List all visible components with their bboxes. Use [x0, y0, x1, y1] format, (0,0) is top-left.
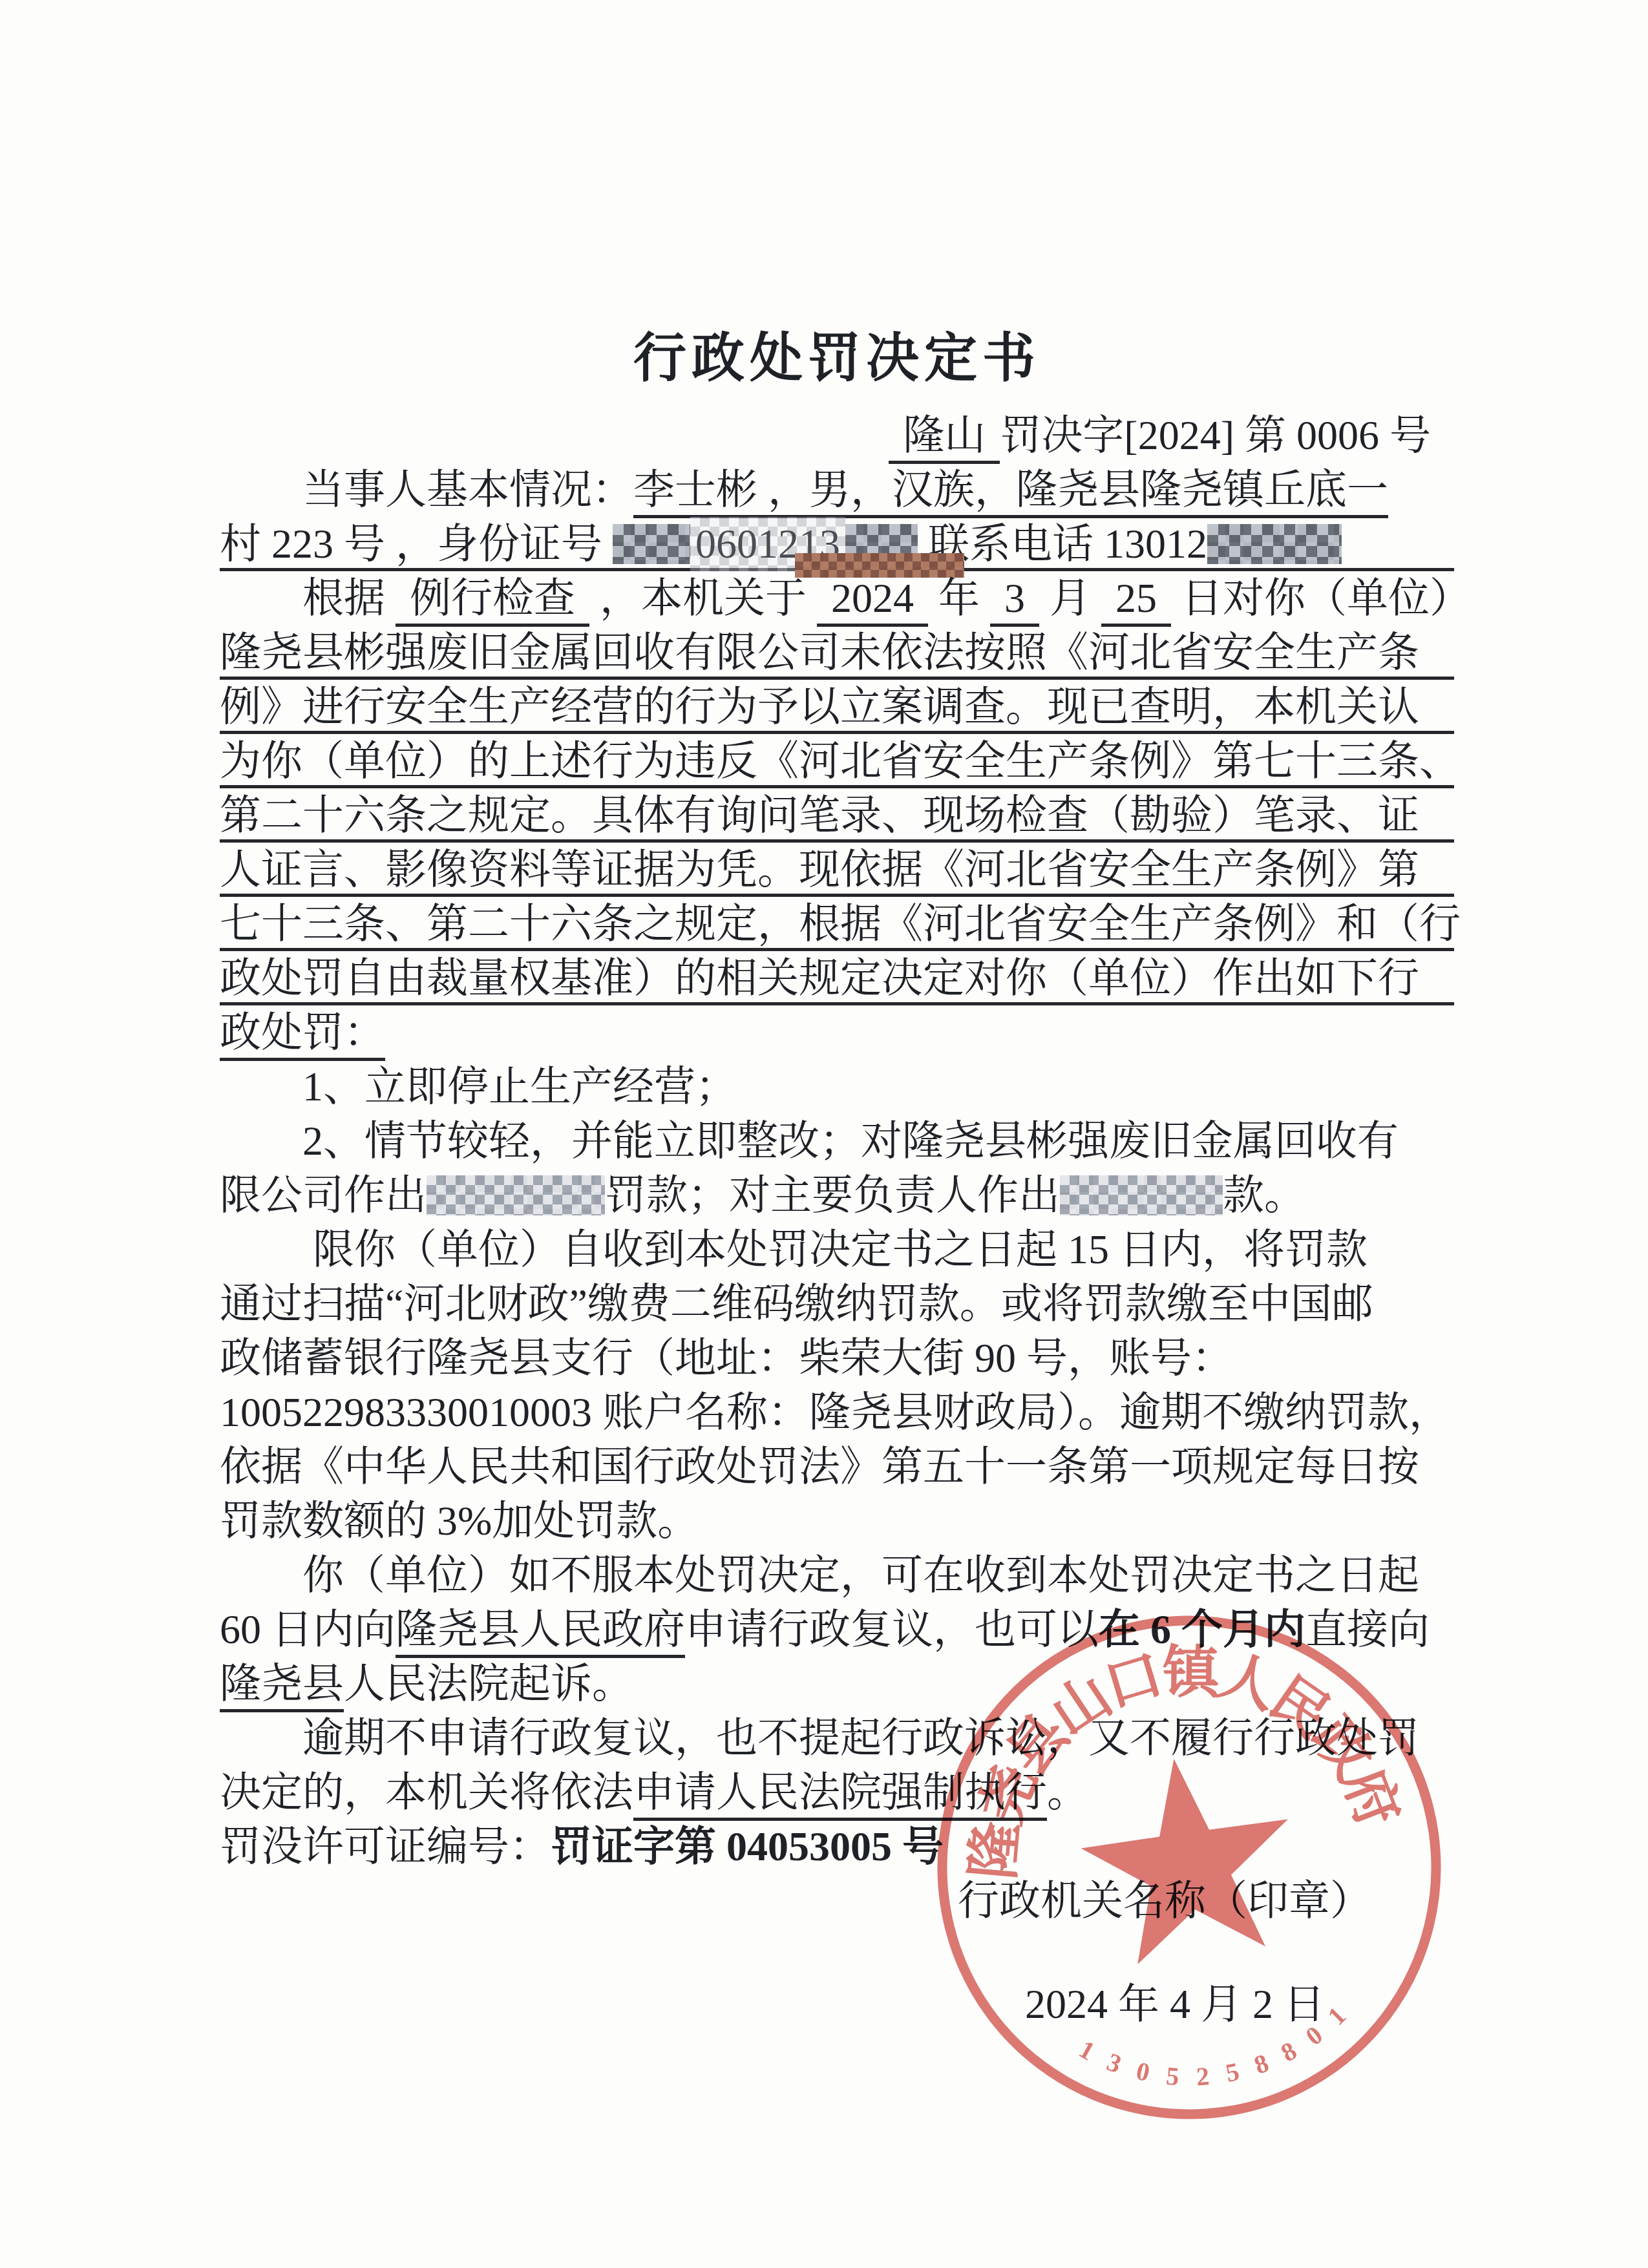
appeal-mid: 申请行政复议，也可以 [685, 1606, 1099, 1652]
party-info-line-2: 村 223 号 ，身份证号 0601213 联系电话 13012 [220, 517, 1454, 571]
court-county-underlined: 隆尧县 [220, 1661, 344, 1712]
body-line: 七十三条、第二十六条之规定，根据《河北省安全生产条例》和（行 [220, 897, 1454, 951]
penalty-item-1: 1、立即停止生产经营； [220, 1060, 1454, 1114]
appeal-prefix: 60 日内向 [220, 1606, 396, 1652]
day-underlined: 25 [1101, 575, 1171, 627]
document-title: 行政处罚决定书 [220, 323, 1454, 408]
enforcement-prefix: 决定的，本机关将依法 [220, 1769, 633, 1815]
body-line: 政处罚自由裁量权基准）的相关规定决定对你（单位）作出如下行 [220, 951, 1454, 1005]
svg-text:0: 0 [1134, 2056, 1154, 2088]
svg-text:2: 2 [1195, 2061, 1211, 2091]
person-fine-prefix: 罚款；对主要负责人作出 [605, 1172, 1060, 1218]
body-line: 隆尧县彬强废旧金属回收有限公司未依法按照《河北省安全生产条 [220, 625, 1454, 680]
id-number-mosaic [613, 524, 690, 564]
basis-suffix: 日对你（单位） [1171, 575, 1471, 621]
body-line: 第二十六条之规定。具体有询问笔录、现场检查（勘验）笔录、证 [220, 788, 1454, 843]
docno-number: 罚决字[2024] 第 0006 号 [1000, 412, 1431, 458]
fine-suffix: 款。 [1223, 1172, 1305, 1218]
phone-mosaic [1207, 524, 1342, 564]
appeal-line: 你（单位）如不服本处罚决定，可在收到本处罚决定书之日起 [220, 1548, 1454, 1602]
court-line: 隆尧县人民法院起诉。 [220, 1657, 1454, 1711]
enforcement-line: 逾期不申请行政复议，也不提起行政诉讼，又不履行行政处罚 [220, 1711, 1454, 1765]
document-page: 行政处罚决定书 隆山罚决字[2024] 第 0006 号 当事人基本情况：李士彬… [0, 0, 1648, 2268]
appeal-line: 60 日内向隆尧县人民政府申请行政复议，也可以在 6 个月内直接向 [220, 1602, 1454, 1657]
basis-prefix: 根据 [220, 575, 396, 621]
appeal-suffix: 直接向 [1305, 1606, 1430, 1652]
body-line: 政处罚： [220, 1005, 1454, 1060]
party-info-line-1: 当事人基本情况：李士彬 ，男，汉族，隆尧县隆尧镇丘底一 [220, 463, 1454, 517]
payment-line: 限你（单位）自收到本处罚决定书之日起 15 日内，将罚款 [220, 1223, 1454, 1277]
document-number-line: 隆山罚决字[2024] 第 0006 号 [220, 408, 1454, 463]
six-month-bold: 在 6 个月内 [1099, 1606, 1305, 1652]
address-id-label: 村 223 号 ，身份证号 [220, 521, 613, 567]
spacer [220, 1928, 1454, 1977]
penalty-heading-underlined: 政处罚： [220, 1009, 385, 1061]
body-line: 为你（单位）的上述行为违反《河北省安全生产条例》第七十三条、 [220, 734, 1454, 788]
company-fine-mosaic [427, 1175, 605, 1215]
svg-text:8: 8 [1250, 2048, 1273, 2080]
penalty-item-2: 2、情节较轻，并能立即整改；对隆尧县彬强废旧金属回收有 [220, 1114, 1454, 1168]
docno-issuer-underlined: 隆山 [889, 412, 1000, 464]
bank-account-line: 100522983330010003 账户名称：隆尧县财政局）。逾期不缴纳罚款， [220, 1385, 1454, 1440]
court-suffix: 人民法院起诉。 [344, 1661, 633, 1706]
agency-signature-line: 行政机关名称（印章） [220, 1874, 1454, 1928]
late-penalty-line: 罚款数额的 3%加处罚款。 [220, 1494, 1454, 1548]
svg-text:5: 5 [1223, 2056, 1243, 2088]
penalty-amount-line: 限公司作出罚款；对主要负责人作出款。 [220, 1168, 1454, 1223]
basis-mid: ，本机关于 [589, 575, 817, 621]
svg-text:5: 5 [1165, 2061, 1181, 2092]
svg-text:1: 1 [1074, 2034, 1101, 2066]
svg-text:8: 8 [1276, 2035, 1302, 2068]
license-number-bold: 罚证字第 04053005 号 [551, 1823, 944, 1869]
decision-date: 2024 年 4 月 2 日 [220, 1977, 1454, 2032]
enforcement-underlined: 申请人民法院强制执行 [633, 1769, 1047, 1821]
inspection-type-underlined: 例行检查 [396, 575, 589, 627]
body-line: 例》进行安全生产经营的行为予以立案调查。现已查明，本机关认 [220, 680, 1454, 734]
person-fine-mosaic [1060, 1175, 1223, 1215]
document-body: 行政处罚决定书 隆山罚决字[2024] 第 0006 号 当事人基本情况：李士彬… [220, 323, 1454, 2032]
enforcement-period: 。 [1047, 1769, 1088, 1815]
license-label: 罚没许可证编号： [220, 1823, 551, 1869]
party-label: 当事人基本情况： [220, 467, 633, 512]
month-underlined: 3 [990, 575, 1039, 627]
license-number-line: 罚没许可证编号：罚证字第 04053005 号 [220, 1820, 1454, 1874]
enforcement-line: 决定的，本机关将依法申请人民法院强制执行。 [220, 1765, 1454, 1820]
month-label: 月 [1039, 575, 1101, 621]
late-penalty-line: 依据《中华人民共和国行政处罚法》第五十一条第一项规定每日按 [220, 1440, 1454, 1494]
body-line: 人证言、影像资料等证据为凭。现依据《河北省安全生产条例》第 [220, 843, 1454, 897]
basis-line: 根据 例行检查 ，本机关于 2024 年 3 月 25 日对你（单位） [220, 571, 1454, 625]
payment-line: 政储蓄银行隆尧县支行（地址：柴荣大街 90 号，账号： [220, 1331, 1454, 1385]
year-label: 年 [928, 575, 990, 621]
svg-text:3: 3 [1103, 2047, 1127, 2079]
review-authority-underlined: 隆尧县人民政府 [396, 1606, 685, 1658]
company-fine-prefix: 限公司作出 [220, 1172, 427, 1218]
year-underlined: 2024 [817, 575, 928, 627]
payment-line: 通过扫描“河北财政”缴费二维码缴纳罚款。或将罚款缴至中国邮 [220, 1277, 1454, 1331]
party-name-underlined: 李士彬 ，男，汉族，隆尧县隆尧镇丘底一 [633, 467, 1388, 518]
